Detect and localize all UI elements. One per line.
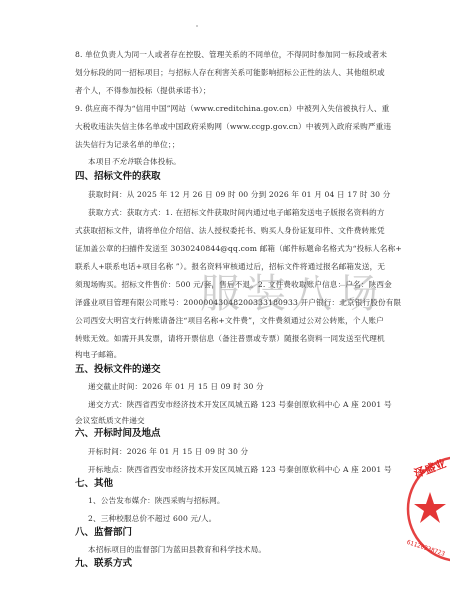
item9-line2: 大税收违法失信主体名单或中国政府采购网（www.ccgp.gov.cn）中被列入… bbox=[75, 122, 391, 132]
other-item2: 2、三种校服总价不超过 600 元/人。 bbox=[88, 514, 216, 524]
consortium-note: 本项目不允许联合体投标。 bbox=[88, 157, 181, 167]
document-page: 8. 单位负责人为同一人或者存在控股、管理关系的不同单位，不得同时参加同一标段或… bbox=[0, 0, 450, 600]
submission-deadline: 递交截止时间：2026 年 01 月 15 日 09 时 30 分 bbox=[88, 382, 264, 392]
acquisition-method-line9: 构电子邮箱。 bbox=[75, 350, 121, 360]
acquisition-method-line8: 转账无效。如需开具发票，请将开票信息（备注普票或专票）随报名资料一同发送至代理机 bbox=[75, 334, 385, 344]
section-heading-other: 七、其他 bbox=[75, 478, 113, 490]
company-seal-stamp: 泽盛业 61120238723 bbox=[400, 452, 450, 567]
section-heading-submission: 五、投标文件的递交 bbox=[75, 364, 161, 376]
submission-method-line2: 会议室纸质文件递交 bbox=[75, 416, 145, 426]
section-heading-contact: 九、联系方式 bbox=[75, 558, 132, 570]
scan-speck bbox=[196, 25, 198, 27]
consortium-suffix: 联合体投标。 bbox=[134, 157, 180, 166]
acquisition-method-line1: 获取方式：获取方式：1. 在招标文件获取时间内通过电子邮箱发送电子版报名资料的方 bbox=[88, 208, 385, 218]
acquisition-method-line3: 证加盖公章的扫描件发送至 3030240844@qq.com 邮箱（邮件标题命名… bbox=[75, 244, 402, 254]
section-heading-acquisition: 四、招标文件的获取 bbox=[75, 171, 161, 183]
item8-line2: 划分标段的同一招标项目；与招标人存在利害关系可能影响招标公正性的法人、其他组织或 bbox=[75, 68, 385, 78]
svg-text:61120238723: 61120238723 bbox=[406, 539, 446, 558]
section-heading-supervision: 八、监督部门 bbox=[75, 527, 132, 539]
item8-line1: 8. 单位负责人为同一人或者存在控股、管理关系的不同单位，不得同时参加同一标段或… bbox=[75, 50, 387, 60]
item9-line3: 法失信行为记录名单的单位；； bbox=[75, 140, 180, 150]
supervision-text: 本招标项目的监督部门为蓝田县教育和科学技术局。 bbox=[88, 545, 266, 555]
section-heading-opening: 六、开标时间及地点 bbox=[75, 428, 161, 440]
item8-line3: 者个人，不得参加投标（提供承诺书）； bbox=[75, 86, 211, 96]
svg-text:泽盛业: 泽盛业 bbox=[412, 456, 448, 480]
consortium-emphasis: 不允许 bbox=[111, 157, 134, 166]
watermark-text: 服装八场 bbox=[200, 262, 384, 319]
acquisition-time: 获取时间：从 2025 年 12 月 26 日 09 时 00 分到 2026 … bbox=[88, 190, 390, 200]
item9-line1: 9. 供应商不得为“信用中国”网站（www.creditchina.gov.cn… bbox=[75, 104, 389, 114]
opening-time: 开标时间：2026 年 01 月 15 日 09 时 30 分 bbox=[88, 447, 248, 457]
submission-method-line1: 递交方式：陕西省西安市经济技术开发区凤城五路 123 号秦创原软科中心 A 座 … bbox=[88, 400, 392, 410]
seal-icon: 泽盛业 61120238723 bbox=[400, 452, 450, 567]
opening-location: 开标地点：陕西省西安市经济技术开发区凤城五路 123 号秦创原软科中心 A 座 … bbox=[88, 465, 392, 475]
other-item1: 1、公告发布媒介：陕西采购与招标网。 bbox=[88, 496, 225, 506]
consortium-prefix: 本项目 bbox=[88, 157, 111, 166]
acquisition-method-line2: 式获取招标文件，请将单位介绍信、法人授权委托书、购买人身份证复印件、文件费转账凭 bbox=[75, 226, 385, 236]
